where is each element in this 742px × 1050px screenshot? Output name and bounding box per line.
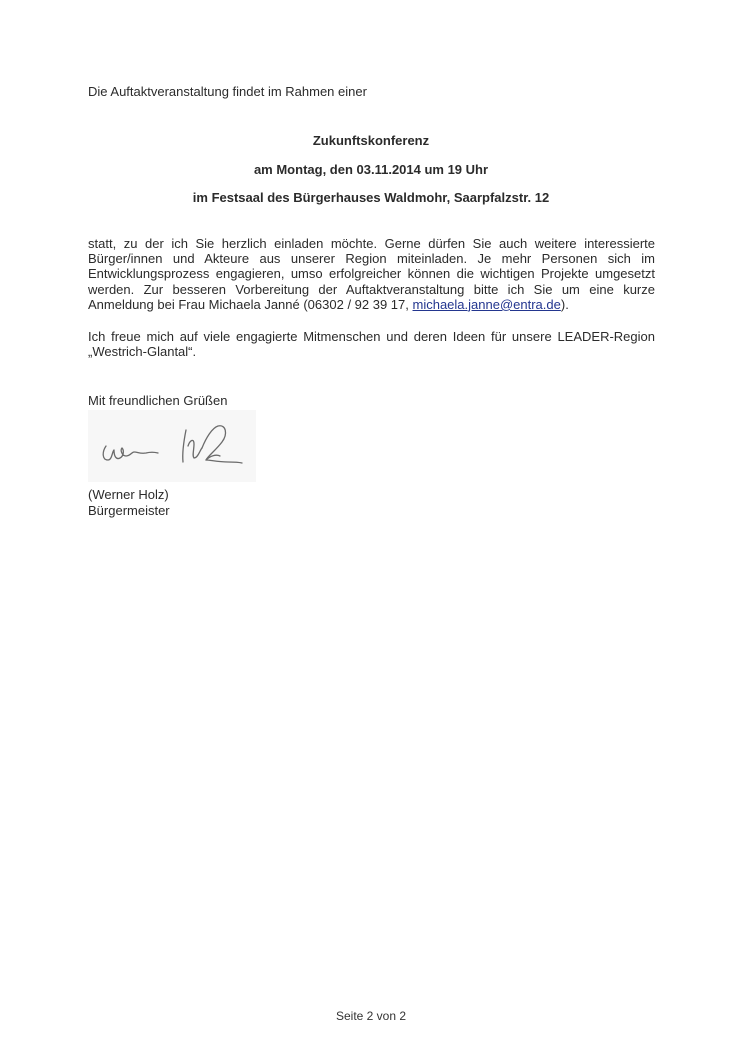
event-title: Zukunftskonferenz	[0, 133, 742, 149]
event-location: im Festsaal des Bürgerhauses Waldmohr, S…	[0, 190, 742, 206]
signature-image	[88, 410, 256, 482]
paragraph-text-after-link: ).	[561, 297, 569, 312]
event-date: am Montag, den 03.11.2014 um 19 Uhr	[0, 162, 742, 178]
signature-icon	[88, 410, 256, 482]
signer-block: (Werner Holz) Bürgermeister	[88, 487, 170, 518]
email-link[interactable]: michaela.janne@entra.de	[413, 297, 561, 312]
signer-name: (Werner Holz)	[88, 487, 170, 503]
signer-title: Bürgermeister	[88, 503, 170, 519]
document-page: Die Auftaktveranstaltung findet im Rahme…	[0, 0, 742, 1050]
closing-paragraph: Ich freue mich auf viele engagierte Mitm…	[88, 329, 655, 359]
paragraph-text-before-link: statt, zu der ich Sie herzlich einladen …	[88, 236, 655, 312]
closing-salutation: Mit freundlichen Grüßen	[88, 393, 227, 409]
page-number: Seite 2 von 2	[0, 1009, 742, 1023]
intro-text: Die Auftaktveranstaltung findet im Rahme…	[88, 84, 367, 100]
invitation-paragraph: statt, zu der ich Sie herzlich einladen …	[88, 236, 655, 312]
